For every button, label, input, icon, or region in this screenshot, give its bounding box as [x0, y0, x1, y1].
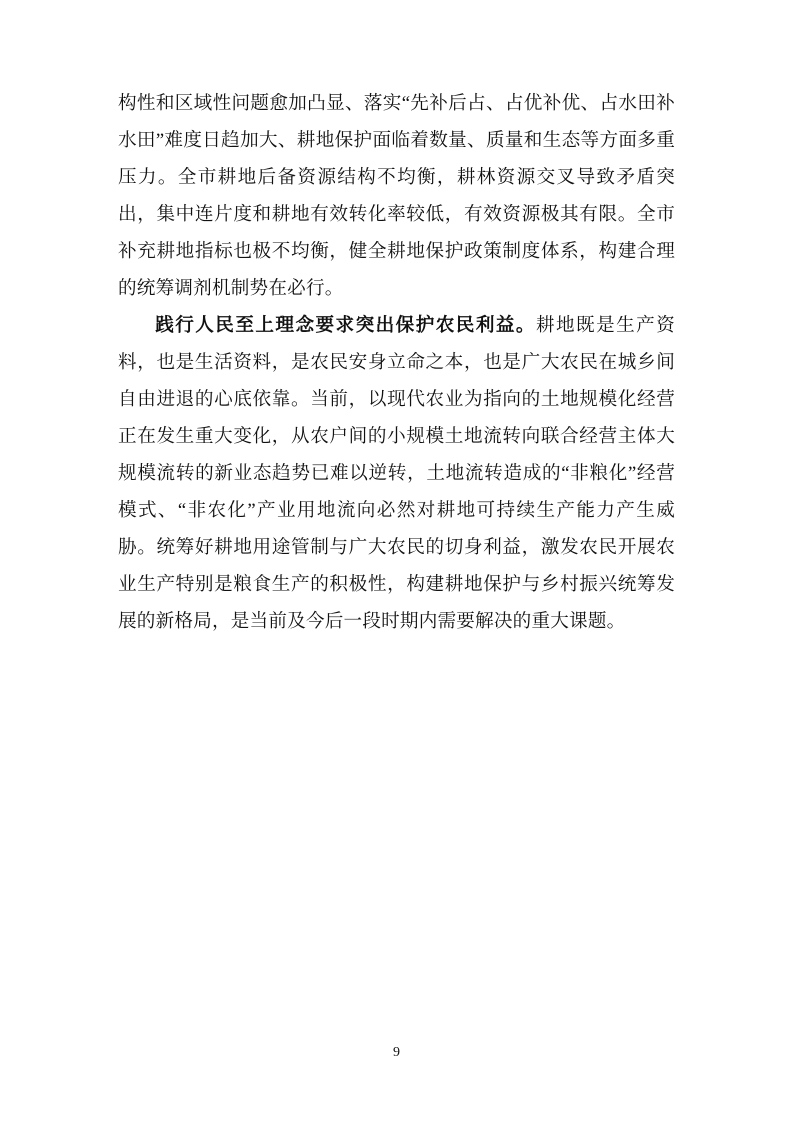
paragraph-bold-lead-sentence: 践行人民至上理念要求突出保护农民利益。: [155, 315, 536, 336]
paragraph-continued: 构性和区域性问题愈加凸显、落实“先补后占、占优补优、占水田补水田”难度日趋加大、…: [118, 85, 675, 307]
paragraph-farmer-interests: 践行人民至上理念要求突出保护农民利益。耕地既是生产资料，也是生活资料，是农民安身…: [118, 307, 675, 640]
document-page: 构性和区域性问题愈加凸显、落实“先补后占、占优补优、占水田补水田”难度日趋加大、…: [0, 0, 793, 1122]
page-body-text: 构性和区域性问题愈加凸显、落实“先补后占、占优补优、占水田补水田”难度日趋加大、…: [118, 85, 675, 640]
paragraph-text: 耕地既是生产资料，也是生活资料，是农民安身立命之本，也是广大农民在城乡间自由进退…: [118, 315, 675, 632]
paragraph-text: 构性和区域性问题愈加凸显、落实“先补后占、占优补优、占水田补水田”难度日趋加大、…: [118, 93, 675, 299]
page-number: 9: [0, 1044, 793, 1062]
